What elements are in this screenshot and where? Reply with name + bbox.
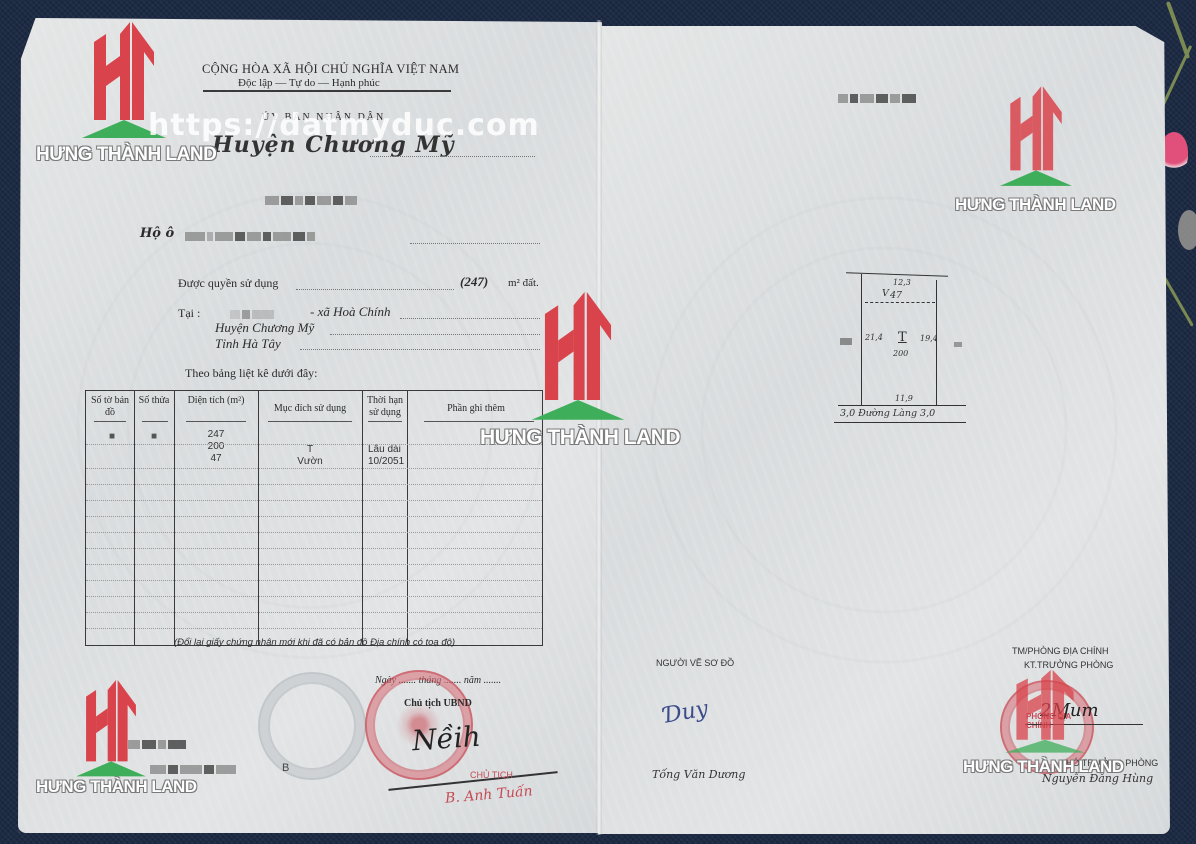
ht-logo-icon [1000,84,1072,190]
hung-thanh-land-logo-topright [1000,84,1072,190]
brand-watermark-bottomleft: HƯNG THÀNH LAND [36,777,197,797]
cell-duration-residential: Lâu dài [368,444,410,455]
province-name: Tỉnh Hà Tây [215,336,281,352]
cell-area-garden: 47 [186,453,246,464]
surveyor-name: Tống Văn Dương [652,768,745,781]
cell-area-total: 247 [186,429,246,440]
ht-logo-icon [1005,670,1085,754]
sketch-top-width: 12,3 [893,278,911,287]
table-intro: Theo bảng liệt kê dưới đây: [185,366,317,381]
cell-map-sheet: ■ [90,431,134,442]
sketch-purpose: T [898,330,907,345]
brand-watermark-topright: HƯNG THÀNH LAND [955,195,1116,215]
header-parcel-number: Số thửa [136,395,172,407]
brand-watermark-center: HƯNG THÀNH LAND [480,426,680,450]
land-office-subtitle: KT.TRƯỞNG PHÒNG [1024,660,1113,670]
url-watermark: https://datmyduc.com [148,108,540,143]
cell-area-residential: 200 [186,441,246,452]
land-area-value: (247) [460,274,488,290]
commune-name: - xã Hoà Chính [310,304,391,320]
header-map-sheet: Số tờ bản đồ [88,395,132,419]
redacted-neighbor-left [840,338,852,345]
hung-thanh-land-logo-bottomleft [76,680,146,778]
header-divider [203,90,451,92]
cell-parcel: ■ [136,431,172,442]
embossed-national-emblem-seal [258,672,366,780]
motto: Độc lập — Tự do — Hạnh phúc [238,77,380,89]
header-area: Diện tích (m²) [186,395,246,407]
redacted-holder-name [185,232,315,241]
signer-title: Chủ tịch UBND [404,698,472,709]
redacted-serial-number [838,94,916,103]
chairman-stamp-title: CHỦ TỊCH [470,770,513,780]
sketch-right-length: 19,4 [920,334,938,343]
sketch-area: 200 [893,349,908,358]
surveyor-title: NGƯỜI VẼ SƠ ĐỒ [656,658,734,668]
land-parcel-table: Số tờ bản đồ Số thửa Diện tích (m²) Mục … [85,390,543,646]
hung-thanh-land-logo-center [530,292,626,422]
sketch-top-label: V [882,288,889,299]
brand-watermark-bottomright: HƯNG THÀNH LAND [963,757,1124,777]
ht-logo-icon [530,292,626,422]
sketch-top-area: 47 [890,290,902,301]
cell-duration-garden: 10/2051 [368,456,410,467]
cell-purpose-garden: Vườn [262,456,358,467]
land-office-title: TM/PHÒNG ĐỊA CHÍNH [1012,646,1109,656]
district-name: Huyện Chương Mỹ [215,320,314,336]
location-label: Tại : [178,306,200,321]
header-purpose: Mục đích sử dụng [262,403,358,415]
redacted-certificate-title [265,196,357,205]
holder-prefix: Hộ ô [140,226,174,241]
sketch-road-label: 3,0 Đường Làng 3,0 [840,408,935,419]
nation-header: CỘNG HÒA XÃ HỘI CHỦ NGHĨA VIỆT NAM [202,62,459,77]
sketch-bottom-width: 11,9 [895,394,913,403]
table-footnote: (Đổi lại giấy chứng nhận mới khi đã có b… [174,637,455,648]
chairman-signature: Nềih [411,720,482,758]
header-notes: Phần ghi thêm [416,403,536,415]
registration-suffix: B [282,762,289,774]
header-duration: Thời hạn sử dụng [364,395,406,419]
land-right-label: Được quyền sử dụng [178,276,278,291]
cell-purpose-residential: T [262,444,358,455]
land-area-unit: m² đất. [508,277,539,289]
redacted-neighbor-right [954,342,962,347]
ht-logo-icon [76,680,146,778]
sketch-left-length: 21,4 [865,333,883,342]
brand-watermark-topleft: HƯNG THÀNH LAND [36,144,216,166]
hung-thanh-land-logo-bottomright [1005,670,1085,754]
redacted-hamlet [230,310,274,319]
